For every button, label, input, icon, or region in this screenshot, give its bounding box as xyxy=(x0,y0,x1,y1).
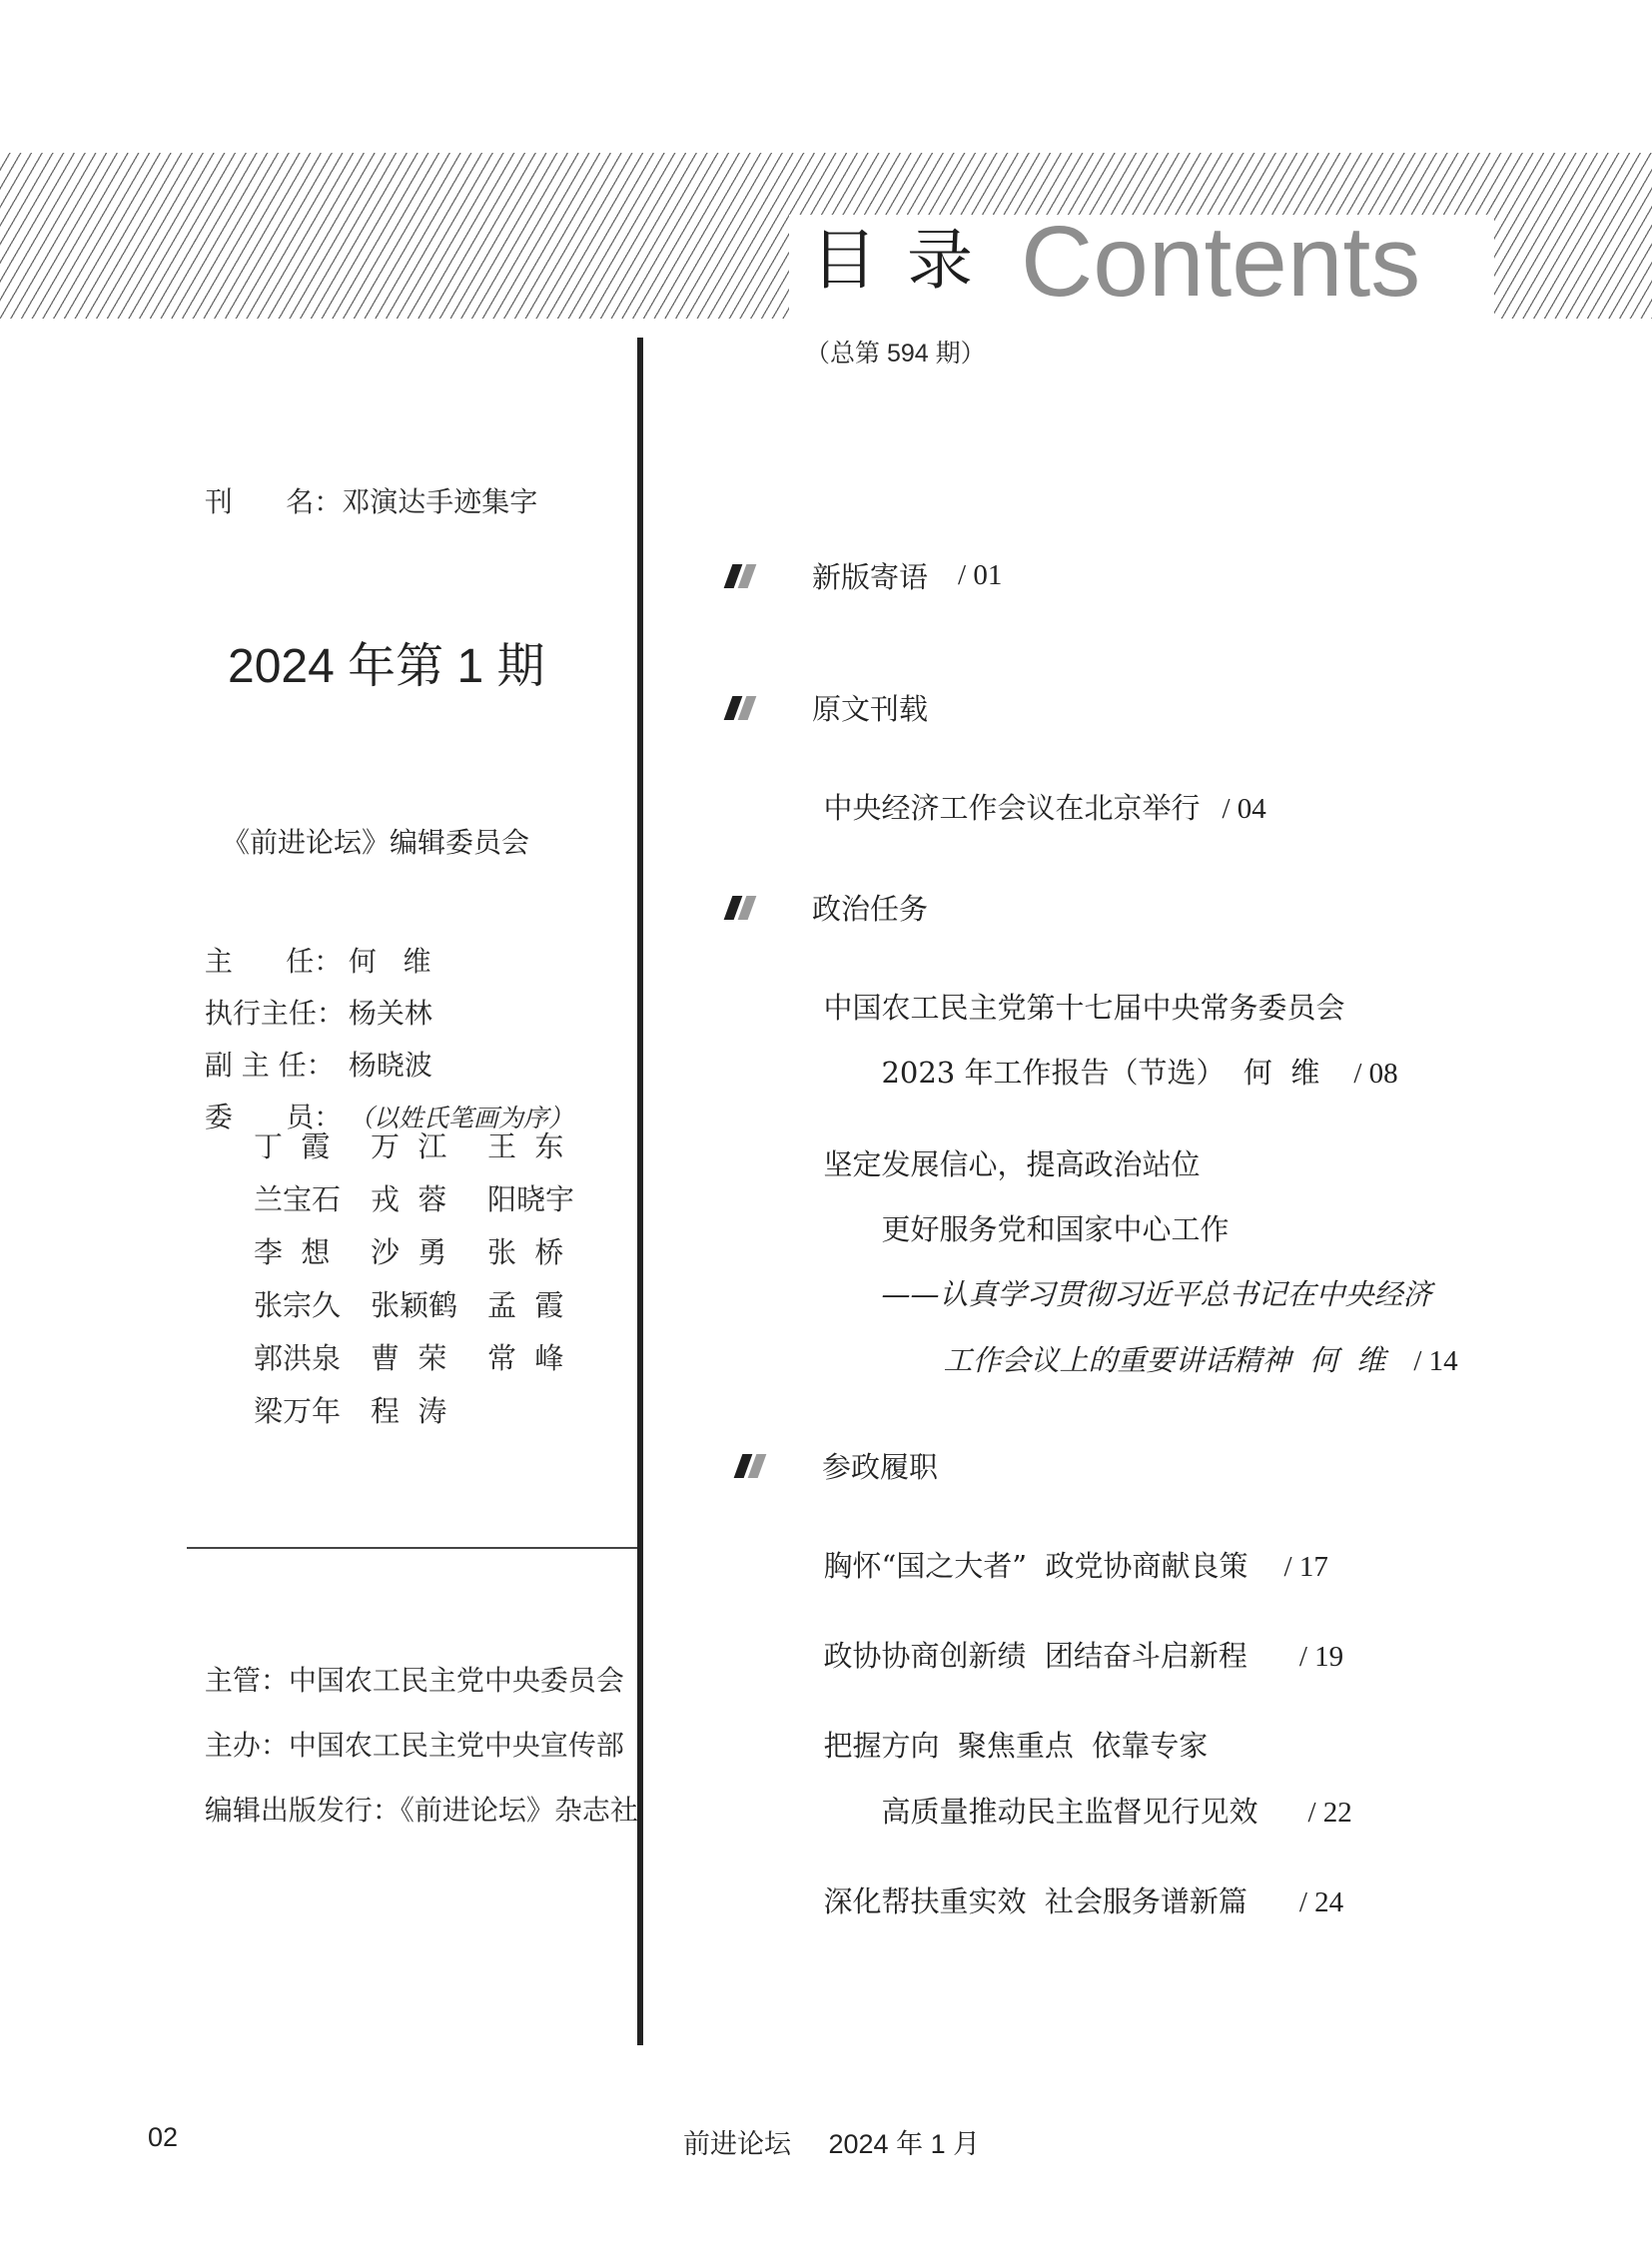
member-name: 王 东 xyxy=(487,1124,604,1165)
member-name: 兰宝石 xyxy=(254,1177,371,1218)
member-name: 张宗久 xyxy=(254,1283,371,1324)
page-title-en: Contents xyxy=(1021,212,1420,312)
double-slash-icon xyxy=(724,696,760,720)
entry-title: 胸怀“国之大者” 政党协商献良策 xyxy=(823,1549,1247,1583)
page-ref: / 01 xyxy=(958,559,1002,592)
entry-title: 2023 年工作报告（节选） 何 维 xyxy=(881,1056,1319,1090)
toc-entry[interactable]: 坚定发展信心，提高政治站位 xyxy=(805,1109,1200,1183)
page-number: 02 xyxy=(148,2122,178,2153)
toc-section-political-tasks: 政治任务 xyxy=(724,887,928,928)
entry-title: 高质量推动民主监督见行见效 xyxy=(881,1795,1257,1829)
supervisor-line: 主管：中国农工民主党中央委员会 xyxy=(187,1626,624,1699)
toc-entry[interactable]: 政协协商创新绩 团结奋斗启新程/ 19 xyxy=(805,1600,1343,1675)
running-footer: 前进论坛 2024 年 1 月 xyxy=(683,2122,980,2161)
publisher-line: 编辑出版发行：《前进论坛》杂志社 xyxy=(187,1756,638,1829)
toc-entry-continuation[interactable]: 更好服务党和国家中心工作 xyxy=(863,1173,1229,1248)
member-row: 梁万年 程 涛 xyxy=(254,1383,604,1436)
page-ref: / 08 xyxy=(1353,1058,1397,1090)
member-row: 李 想 沙 勇 张 桥 xyxy=(254,1224,604,1277)
member-name: 丁 霞 xyxy=(254,1124,371,1165)
page-ref: / 24 xyxy=(1299,1886,1343,1918)
member-name: 万 江 xyxy=(371,1124,487,1165)
member-name: 戎 蓉 xyxy=(371,1177,487,1218)
toc-entry[interactable]: 胸怀“国之大者” 政党协商献良策/ 17 xyxy=(805,1510,1328,1585)
calligraphy-credit: 刊 名：邓演达手迹集字 xyxy=(187,447,537,520)
total-issue-number: （总第 594 期） xyxy=(805,334,986,370)
member-row: 丁 霞 万 江 王 东 xyxy=(254,1119,604,1171)
member-name: 曹 荣 xyxy=(371,1336,487,1377)
publisher-label: 编辑出版发行： xyxy=(205,1794,401,1827)
toc-section-new-edition[interactable]: 新版寄语 / 01 xyxy=(724,555,1002,596)
member-name: 张颖鹤 xyxy=(371,1283,487,1324)
member-name: 张 桥 xyxy=(487,1230,604,1271)
toc-entry[interactable]: 把握方向 聚焦重点 依靠专家 xyxy=(805,1690,1208,1765)
entry-title: 政协协商创新绩 团结奋斗启新程 xyxy=(823,1639,1246,1673)
member-row: 张宗久 张颖鹤 孟 霞 xyxy=(254,1277,604,1330)
issue-label: 2024 年第 1 期 xyxy=(228,627,545,696)
committee-members: 丁 霞 万 江 王 东 兰宝石 戎 蓉 阳晓宇 李 想 沙 勇 张 桥 张宗久 … xyxy=(254,1119,604,1436)
toc-entry-subtitle[interactable]: ——认真学习贯彻习近平总书记在中央经济 xyxy=(863,1238,1431,1313)
toc-entry-continuation[interactable]: 2023 年工作报告（节选） 何 维/ 08 xyxy=(863,1017,1398,1092)
page-ref: / 14 xyxy=(1413,1345,1457,1377)
double-slash-icon xyxy=(734,1454,770,1478)
page-ref: / 19 xyxy=(1299,1641,1343,1673)
toc-entry-subtitle[interactable]: 工作会议上的重要讲话精神 何 维/ 14 xyxy=(925,1304,1458,1379)
section-label: 新版寄语 xyxy=(812,555,928,596)
member-row: 郭洪泉 曹 荣 常 峰 xyxy=(254,1330,604,1383)
member-name: 程 涛 xyxy=(371,1389,487,1430)
entry-title: 深化帮扶重实效 社会服务谱新篇 xyxy=(823,1884,1246,1918)
entry-title: 中央经济工作会议在北京举行 xyxy=(823,791,1200,825)
toc-section-original-text: 原文刊载 xyxy=(724,687,928,728)
member-name: 郭洪泉 xyxy=(254,1336,371,1377)
column-divider xyxy=(637,338,643,2045)
entry-subtitle: 工作会议上的重要讲话精神 何 维 xyxy=(943,1343,1385,1377)
publisher-value: 《前进论坛》杂志社 xyxy=(401,1794,638,1827)
page-ref: / 17 xyxy=(1284,1551,1328,1583)
page-ref: / 22 xyxy=(1307,1797,1351,1829)
page-title-zh: 目录 xyxy=(811,228,1003,294)
member-name: 阳晓宇 xyxy=(487,1177,604,1218)
member-name: 李 想 xyxy=(254,1230,371,1271)
masthead-rule xyxy=(187,1547,637,1549)
toc-entry[interactable]: 深化帮扶重实效 社会服务谱新篇/ 24 xyxy=(805,1846,1343,1920)
double-slash-icon xyxy=(724,896,760,920)
calligraphy-value: 邓演达手迹集字 xyxy=(342,485,537,518)
member-name: 梁万年 xyxy=(254,1389,371,1430)
toc-entry[interactable]: 中国农工民主党第十七届中央常务委员会 xyxy=(805,952,1344,1027)
member-name: 沙 勇 xyxy=(371,1230,487,1271)
calligraphy-label: 刊 名： xyxy=(205,485,342,518)
page-ref: / 04 xyxy=(1222,793,1265,825)
sponsor-line: 主办：中国农工民主党中央宣传部 xyxy=(187,1691,624,1764)
committee-title: 《前进论坛》编辑委员会 xyxy=(222,821,529,861)
toc-section-participation: 参政履职 xyxy=(734,1445,938,1486)
toc-entry[interactable]: 中央经济工作会议在北京举行/ 04 xyxy=(805,752,1266,827)
member-name: 常 峰 xyxy=(487,1336,604,1377)
member-row: 兰宝石 戎 蓉 阳晓宇 xyxy=(254,1171,604,1224)
section-label: 参政履职 xyxy=(822,1445,938,1486)
toc-entry-continuation[interactable]: 高质量推动民主监督见行见效/ 22 xyxy=(863,1756,1352,1831)
double-slash-icon xyxy=(724,564,760,588)
section-label: 政治任务 xyxy=(812,887,928,928)
section-label: 原文刊载 xyxy=(812,687,928,728)
member-name: 孟 霞 xyxy=(487,1283,604,1324)
